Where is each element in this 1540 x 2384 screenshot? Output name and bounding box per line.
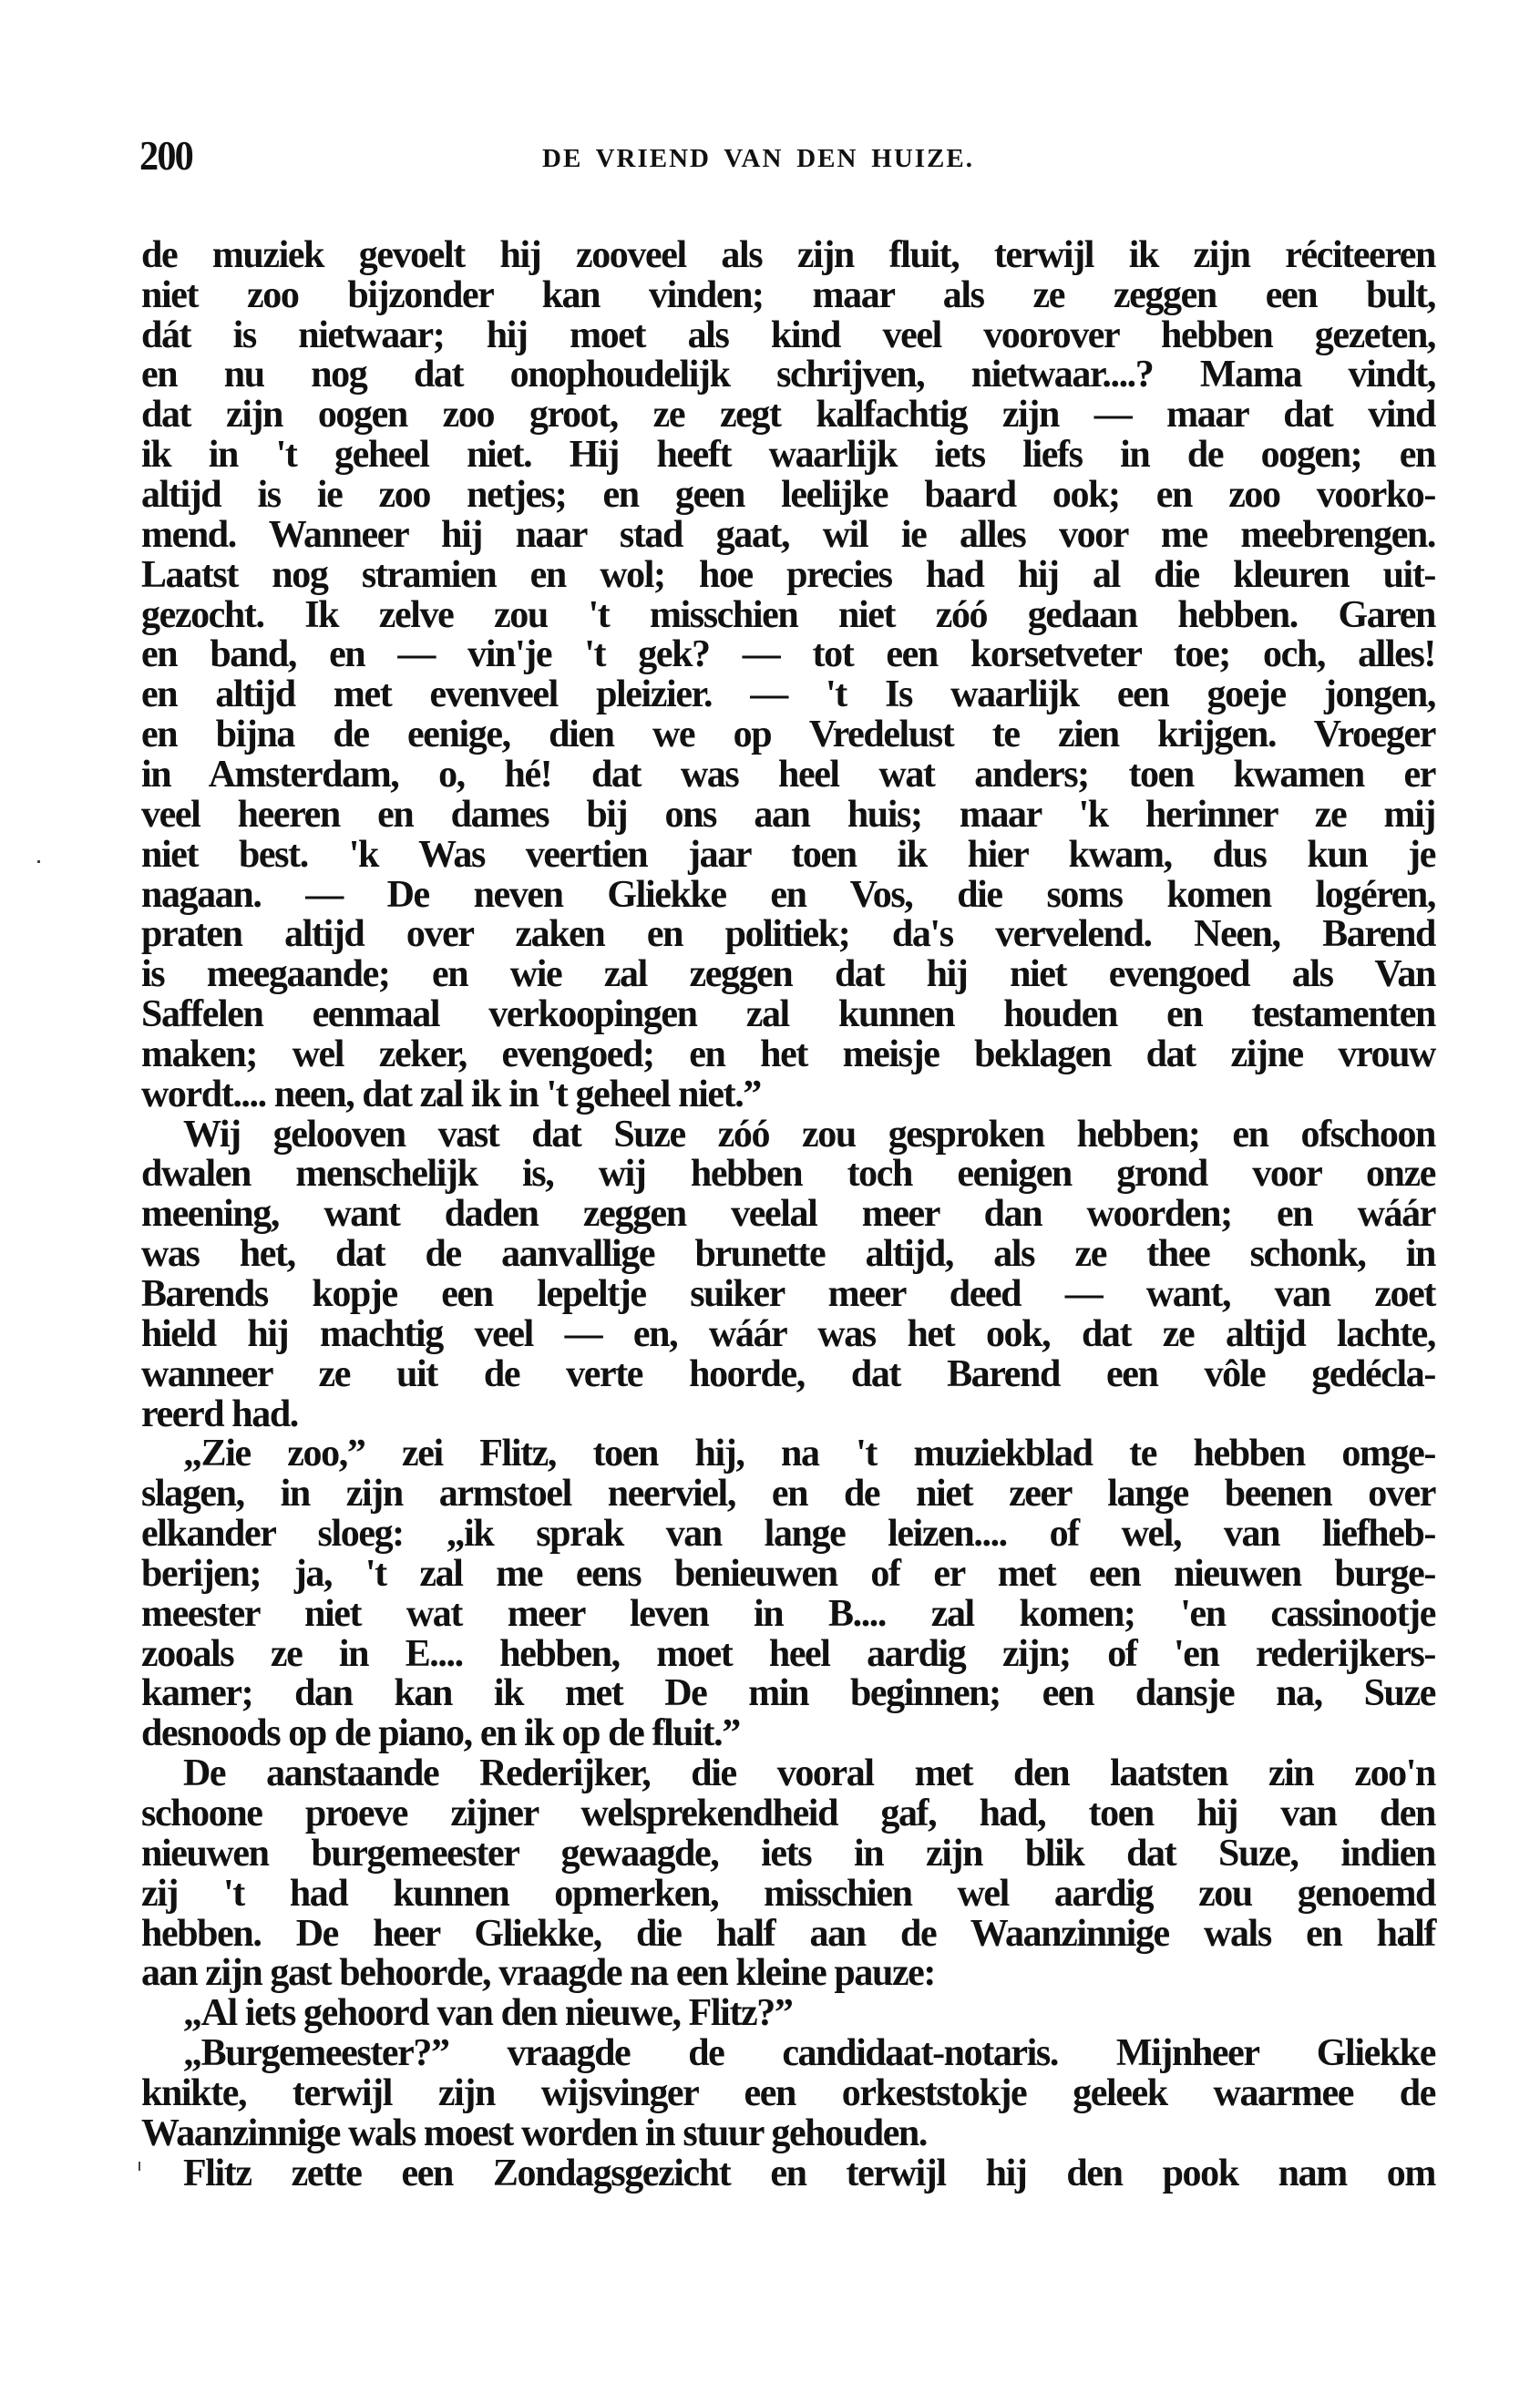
- text-line: in Amsterdam, o, hé! dat was heel wat an…: [141, 755, 1435, 795]
- text-line: berijen; ja, 't zal me eens benieuwen of…: [141, 1554, 1435, 1594]
- text-line: mend. Wanneer hij naar stad gaat, wil ie…: [141, 515, 1435, 555]
- text-line: „Al iets gehoord van den nieuwe, Flitz?”: [141, 1993, 1435, 2033]
- text-line: en band, en — vin'je 't gek? — tot een k…: [141, 634, 1435, 674]
- text-line: de muziek gevoelt hij zooveel als zijn f…: [141, 235, 1435, 275]
- text-line: wanneer ze uit de verte hoorde, dat Bare…: [141, 1354, 1435, 1394]
- running-head: 200 DE VRIEND VAN DEN HUIZE.: [139, 133, 1433, 179]
- text-line: niet best. 'k Was veertien jaar toen ik …: [141, 835, 1435, 875]
- text-line: was het, dat de aanvallige brunette alti…: [141, 1234, 1435, 1274]
- text-line: niet zoo bijzonder kan vinden; maar als …: [141, 275, 1435, 315]
- text-line: dat zijn oogen zoo groot, ze zegt kalfac…: [141, 395, 1435, 435]
- running-title: DE VRIEND VAN DEN HUIZE.: [542, 140, 974, 177]
- text-line: schoone proeve zijner welsprekendheid ga…: [141, 1793, 1435, 1834]
- text-line: Laatst nog stramien en wol; hoe precies …: [141, 555, 1435, 595]
- text-line: Saffelen eenmaal verkoopingen zal kunnen…: [141, 994, 1435, 1034]
- text-line: „Zie zoo,” zei Flitz, toen hij, na 't mu…: [141, 1433, 1435, 1474]
- text-line: hield hij machtig veel — en, wáár was he…: [141, 1314, 1435, 1354]
- text-line: knikte, terwijl zijn wijsvinger een orke…: [141, 2073, 1435, 2113]
- text-line: ik in 't geheel niet. Hij heeft waarlijk…: [141, 435, 1435, 475]
- text-line: nieuwen burgemeester gewaagde, iets in z…: [141, 1834, 1435, 1874]
- text-line: en nu nog dat onophoudelijk schrijven, n…: [141, 355, 1435, 395]
- text-line: dát is nietwaar; hij moet als kind veel …: [141, 315, 1435, 355]
- text-line: gezocht. Ik zelve zou 't misschien niet …: [141, 595, 1435, 635]
- print-speck: [37, 860, 40, 863]
- text-line: Flitz zette een Zondagsgezicht en terwij…: [141, 2153, 1435, 2194]
- text-line: zooals ze in E.... hebben, moet heel aar…: [141, 1634, 1435, 1674]
- text-line: maken; wel zeker, evengoed; en het meisj…: [141, 1034, 1435, 1074]
- text-line: zij 't had kunnen opmerken, misschien we…: [141, 1874, 1435, 1914]
- book-page: 200 DE VRIEND VAN DEN HUIZE. de muziek g…: [0, 0, 1540, 2384]
- text-line: „Burgemeester?” vraagde de candidaat-not…: [141, 2033, 1435, 2073]
- text-line: praten altijd over zaken en politiek; da…: [141, 914, 1435, 954]
- text-line: meester niet wat meer leven in B.... zal…: [141, 1594, 1435, 1634]
- text-line: nagaan. — De neven Gliekke en Vos, die s…: [141, 875, 1435, 915]
- text-line: meening, want daden zeggen veelal meer d…: [141, 1194, 1435, 1234]
- text-line: wordt.... neen, dat zal ik in 't geheel …: [141, 1074, 1435, 1115]
- page-number: 200: [139, 133, 192, 179]
- text-line: dwalen menschelijk is, wij hebben toch e…: [141, 1154, 1435, 1194]
- print-speck: [139, 2162, 140, 2171]
- text-line: De aanstaande Rederijker, die vooral met…: [141, 1753, 1435, 1793]
- text-line: aan zijn gast behoorde, vraagde na een k…: [141, 1953, 1435, 1993]
- text-line: Waanzinnige wals moest worden in stuur g…: [141, 2113, 1435, 2153]
- text-line: en altijd met evenveel pleizier. — 't Is…: [141, 674, 1435, 714]
- text-line: slagen, in zijn armstoel neerviel, en de…: [141, 1474, 1435, 1514]
- text-line: is meegaande; en wie zal zeggen dat hij …: [141, 954, 1435, 994]
- text-line: reerd had.: [141, 1394, 1435, 1434]
- text-line: elkander sloeg: „ik sprak van lange leiz…: [141, 1514, 1435, 1554]
- text-line: hebben. De heer Gliekke, die half aan de…: [141, 1914, 1435, 1954]
- text-line: kamer; dan kan ik met De min beginnen; e…: [141, 1673, 1435, 1713]
- text-line: veel heeren en dames bij ons aan huis; m…: [141, 795, 1435, 835]
- text-line: altijd is ie zoo netjes; en geen leelijk…: [141, 475, 1435, 515]
- text-line: Wij gelooven vast dat Suze zóó zou gespr…: [141, 1115, 1435, 1155]
- text-line: desnoods op de piano, en ik op de fluit.…: [141, 1713, 1435, 1753]
- text-line: en bijna de eenige, dien we op Vredelust…: [141, 714, 1435, 755]
- text-line: Barends kopje een lepeltje suiker meer d…: [141, 1274, 1435, 1314]
